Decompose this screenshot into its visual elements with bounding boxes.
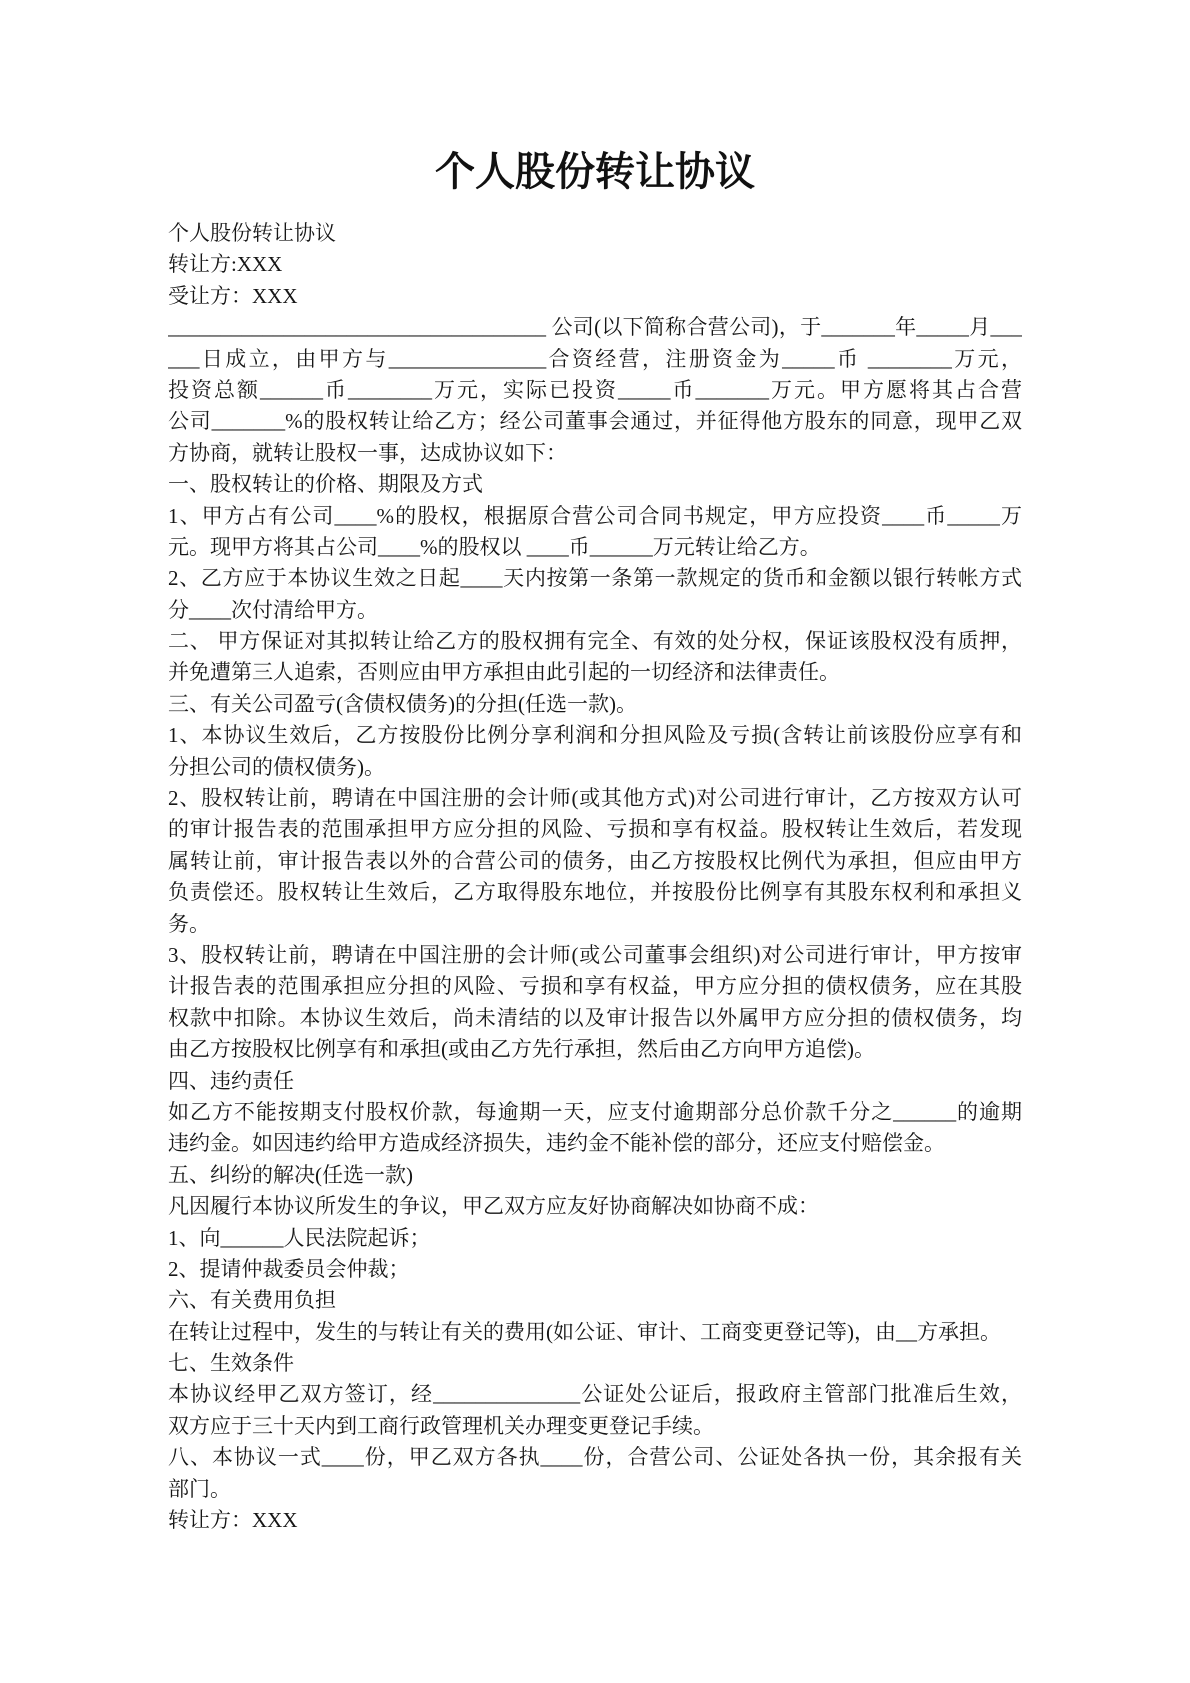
document-line: 转让方:XXX xyxy=(168,249,1022,280)
document-line: 五、纠纷的解决(任选一款) xyxy=(168,1160,1022,1191)
document-line: 2、提请仲裁委员会仲裁； xyxy=(168,1254,1022,1285)
document-line: 转让方：XXX xyxy=(168,1505,1022,1536)
document-line: 投资总额______币________万元，实际已投资_____币_______… xyxy=(168,375,1022,406)
document-line: 1、本协议生效后，乙方按股份比例分享利润和分担风险及亏损(含转让前该股份应享有和 xyxy=(168,720,1022,751)
document-line: 负责偿还。股权转让生效后，乙方取得股东地位，并按股份比例享有其股东权利和承担义 xyxy=(168,877,1022,908)
document-line: 在转让过程中，发生的与转让有关的费用(如公证、审计、工商变更登记等)，由__方承… xyxy=(168,1317,1022,1348)
document-line: 分担公司的债权债务)。 xyxy=(168,752,1022,783)
document-line: 如乙方不能按期支付股权价款，每逾期一天，应支付逾期部分总价款千分之______的… xyxy=(168,1097,1022,1128)
document-line: 务。 xyxy=(168,909,1022,940)
document-line: 方协商，就转让股权一事，达成协议如下： xyxy=(168,438,1022,469)
document-line: 七、生效条件 xyxy=(168,1348,1022,1379)
document-title: 个人股份转让协议 xyxy=(168,150,1022,194)
document-line: 个人股份转让协议 xyxy=(168,218,1022,249)
document-line: 分____次付清给甲方。 xyxy=(168,595,1022,626)
document-line: 计报告表的范围承担应分担的风险、亏损和享有权益，甲方应分担的债权债务，应在其股 xyxy=(168,971,1022,1002)
document-line: 2、乙方应于本协议生效之日起____天内按第一条第一款规定的货币和金额以银行转帐… xyxy=(168,563,1022,594)
document-line: 并免遭第三人追索，否则应由甲方承担由此引起的一切经济和法律责任。 xyxy=(168,657,1022,688)
document-line: 2、股权转让前，聘请在中国注册的会计师(或其他方式)对公司进行审计，乙方按双方认… xyxy=(168,783,1022,814)
document-line: 属转让前，审计报告表以外的合营公司的债务，由乙方按股权比例代为承担，但应由甲方 xyxy=(168,846,1022,877)
document-line: 三、有关公司盈亏(含债权债务)的分担(任选一款)。 xyxy=(168,689,1022,720)
document-line: 违约金。如因违约给甲方造成经济损失，违约金不能补偿的部分，还应支付赔偿金。 xyxy=(168,1128,1022,1159)
document-line: 1、向______人民法院起诉； xyxy=(168,1223,1022,1254)
document-line: 权款中扣除。本协议生效后，尚未清结的以及审计报告以外属甲方应分担的债权债务，均 xyxy=(168,1003,1022,1034)
document-page: 个人股份转让协议 个人股份转让协议转让方:XXX受让方：XXX_________… xyxy=(0,0,1190,1683)
document-line: 凡因履行本协议所发生的争议，甲乙双方应友好协商解决如协商不成： xyxy=(168,1191,1022,1222)
document-line: 一、股权转让的价格、期限及方式 xyxy=(168,469,1022,500)
document-line: 受让方：XXX xyxy=(168,281,1022,312)
document-body: 个人股份转让协议转让方:XXX受让方：XXX__________________… xyxy=(168,218,1022,1536)
document-line: 公司_______%的股权转让给乙方；经公司董事会通过，并征得他方股东的同意，现… xyxy=(168,406,1022,437)
document-line: 3、股权转让前，聘请在中国注册的会计师(或公司董事会组织)对公司进行审计，甲方按… xyxy=(168,940,1022,971)
document-line: 由乙方按股权比例享有和承担(或由乙方先行承担，然后由乙方向甲方追偿)。 xyxy=(168,1034,1022,1065)
document-line: 六、有关费用负担 xyxy=(168,1285,1022,1316)
document-line: 四、违约责任 xyxy=(168,1066,1022,1097)
document-line: 的审计报告表的范围承担甲方应分担的风险、亏损和享有权益。股权转让生效后，若发现 xyxy=(168,814,1022,845)
document-line: 八、本协议一式____份，甲乙双方各执____份，合营公司、公证处各执一份，其余… xyxy=(168,1442,1022,1473)
document-line: ____________________________________ 公司(… xyxy=(168,312,1022,343)
document-line: 部门。 xyxy=(168,1474,1022,1505)
document-line: 双方应于三十天内到工商行政管理机关办理变更登记手续。 xyxy=(168,1411,1022,1442)
document-line: 1、甲方占有公司____%的股权，根据原合营公司合同书规定，甲方应投资____币… xyxy=(168,501,1022,532)
document-line: 本协议经甲乙双方签订，经______________公证处公证后，报政府主管部门… xyxy=(168,1379,1022,1410)
document-line: ___日成立，由甲方与_______________合资经营，注册资金为____… xyxy=(168,344,1022,375)
document-line: 二、 甲方保证对其拟转让给乙方的股权拥有完全、有效的处分权，保证该股权没有质押， xyxy=(168,626,1022,657)
document-line: 元。现甲方将其占公司____%的股权以 ____币______万元转让给乙方。 xyxy=(168,532,1022,563)
